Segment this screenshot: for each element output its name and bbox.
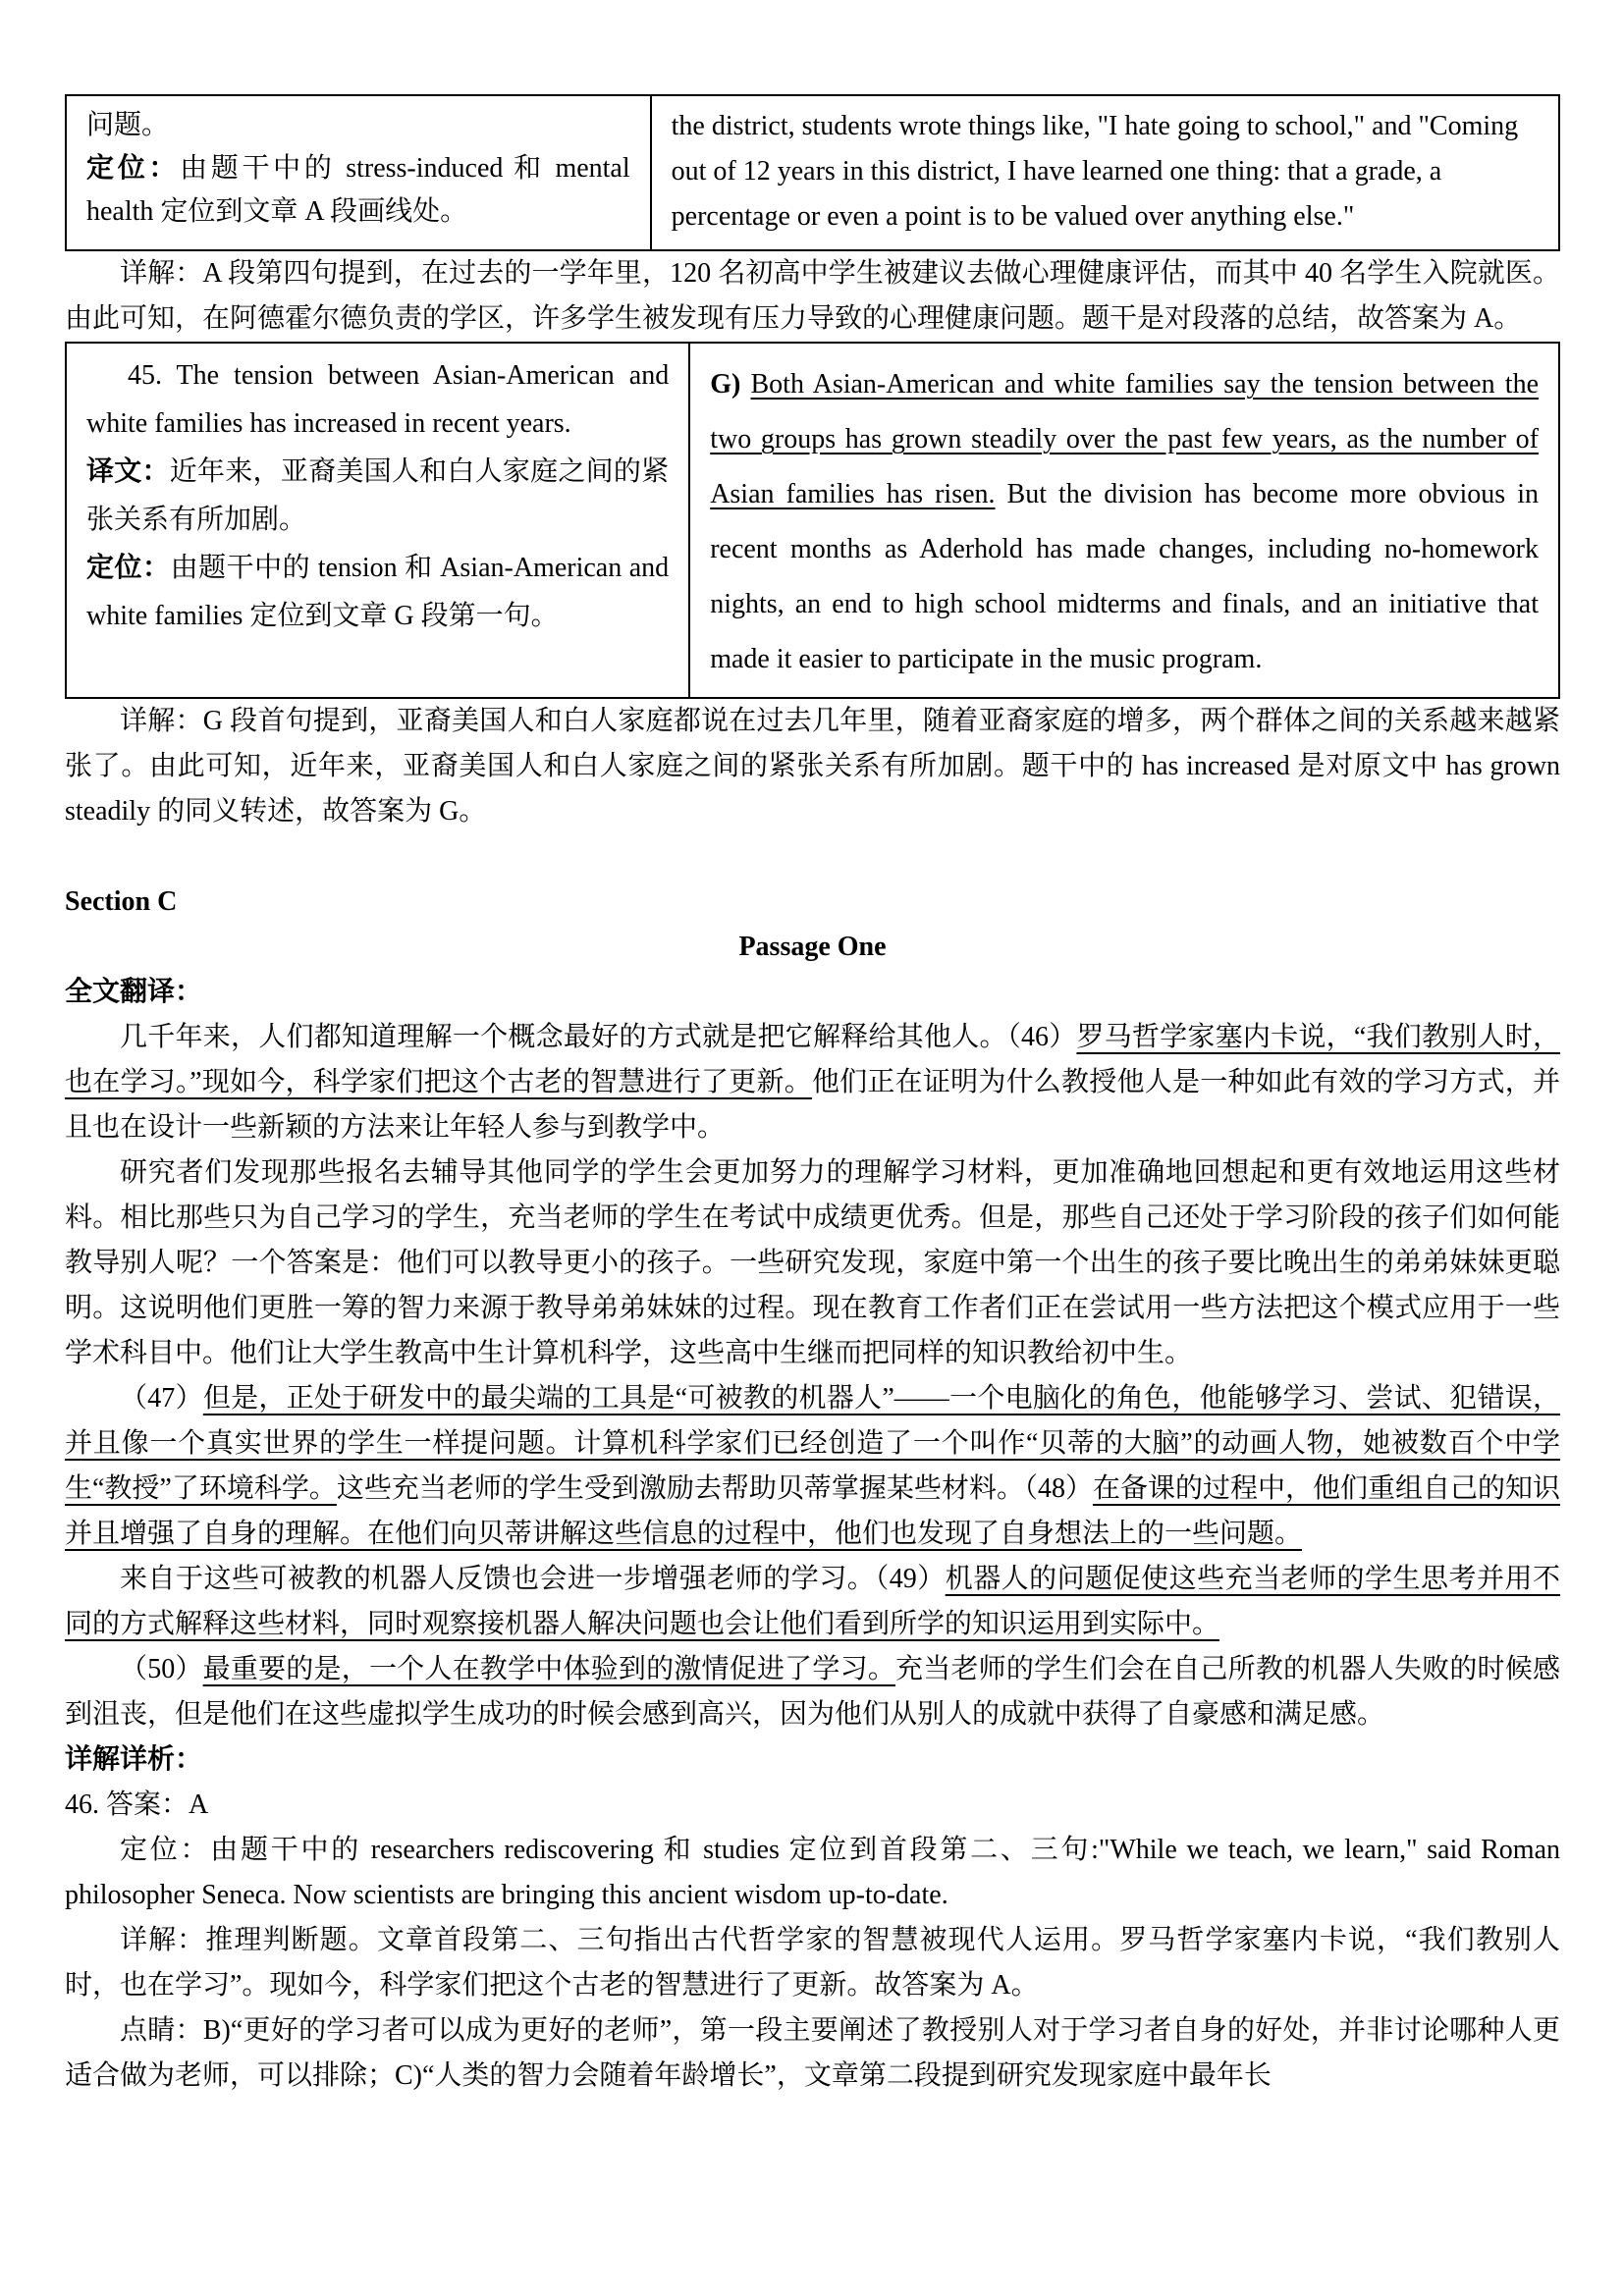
q46-detail-paragraph: 详解：推理判断题。文章首段第二、三句指出古代哲学家的智慧被现代人运用。罗马哲学家…	[65, 1918, 1560, 2008]
match-44-row: 问题。 定位：由题干中的 stress-induced 和 mental hea…	[66, 95, 1559, 250]
locate-label: 定位：	[86, 153, 180, 184]
paragraph-g-tag: G)	[710, 369, 750, 400]
q46-locate-paragraph: 定位：由题干中的 researchers rediscovering 和 stu…	[65, 1828, 1560, 1918]
match-45-left-cell: 45. The tension between Asian-American a…	[66, 343, 689, 698]
q46-tip-paragraph: 点睛：B)“更好的学习者可以成为更好的老师”，第一段主要阐述了教授别人对于学习者…	[65, 2008, 1560, 2099]
locate-text: 由题干中的 tension 和 Asian-American and white…	[86, 553, 669, 631]
match-44-intro: 问题。	[86, 104, 630, 147]
detail-44-paragraph: 详解：A 段第四句提到，在过去的一学年里，120 名初高中学生被建议去做心理健康…	[65, 251, 1560, 342]
translation-text: 近年来，亚裔美国人和白人家庭之间的紧张关系有所加剧。	[86, 456, 669, 535]
match-45-row: 45. The tension between Asian-American a…	[66, 343, 1559, 698]
p3-marker-47: （47）	[120, 1383, 203, 1414]
p5-underlined-50: 最重要的是，一个人在教学中体验到的激情促进了学习。	[203, 1654, 895, 1684]
match-45-right-cell: G) Both Asian-American and white familie…	[689, 343, 1559, 698]
detailed-analysis-title: 详解详析：	[65, 1737, 1560, 1783]
passage-one-heading: Passage One	[65, 925, 1560, 970]
translation-label: 译文：	[86, 456, 170, 487]
translation-paragraph-4: 来自于这些可被教的机器人反馈也会进一步增强老师的学习。（49）机器人的问题促使这…	[65, 1557, 1560, 1647]
match-44-passage-text: the district, students wrote things like…	[672, 104, 1539, 240]
translation-paragraph-2: 研究者们发现那些报名去辅导其他同学的学生会更加努力的理解学习材料，更加准确地回想…	[65, 1150, 1560, 1376]
question-45-text: 45. The tension between Asian-American a…	[86, 351, 669, 448]
p3-plain-mid: 这些充当老师的学生受到激励去帮助贝蒂掌握某些材料。（48）	[337, 1473, 1093, 1504]
paragraph-g-text: G) Both Asian-American and white familie…	[710, 351, 1539, 687]
translation-paragraph-1: 几千年来，人们都知道理解一个概念最好的方式就是把它解释给其他人。（46）罗马哲学…	[65, 1015, 1560, 1150]
q46-answer-line: 46. 答案：A	[65, 1783, 1560, 1828]
document-page: 问题。 定位：由题干中的 stress-induced 和 mental hea…	[0, 0, 1624, 2099]
match-44-locate-line: 定位：由题干中的 stress-induced 和 mental health …	[86, 147, 630, 234]
translation-paragraph-3: （47）但是，正处于研发中的最尖端的工具是“可被教的机器人”——一个电脑化的角色…	[65, 1376, 1560, 1557]
full-translation-title: 全文翻译：	[65, 970, 1560, 1015]
detail-45-paragraph: 详解：G 段首句提到，亚裔美国人和白人家庭都说在过去几年里，随着亚裔家庭的增多，…	[65, 699, 1560, 834]
match-44-right-cell: the district, students wrote things like…	[651, 95, 1559, 250]
match-45-table: 45. The tension between Asian-American a…	[65, 342, 1560, 699]
match-44-left-cell: 问题。 定位：由题干中的 stress-induced 和 mental hea…	[66, 95, 651, 250]
p4-plain: 来自于这些可被教的机器人反馈也会进一步增强老师的学习。（49）	[120, 1564, 946, 1594]
question-45-locate-line: 定位：由题干中的 tension 和 Asian-American and wh…	[86, 544, 669, 640]
translation-paragraph-5: （50）最重要的是，一个人在教学中体验到的激情促进了学习。充当老师的学生们会在自…	[65, 1647, 1560, 1737]
section-c-heading: Section C	[65, 880, 1560, 925]
p5-marker-50: （50）	[120, 1654, 203, 1684]
match-44-table: 问题。 定位：由题干中的 stress-induced 和 mental hea…	[65, 94, 1560, 251]
question-45-translation-line: 译文：近年来，亚裔美国人和白人家庭之间的紧张关系有所加剧。	[86, 448, 669, 544]
locate-label: 定位：	[86, 553, 171, 583]
p1-plain: 几千年来，人们都知道理解一个概念最好的方式就是把它解释给其他人。（46）	[120, 1022, 1076, 1052]
